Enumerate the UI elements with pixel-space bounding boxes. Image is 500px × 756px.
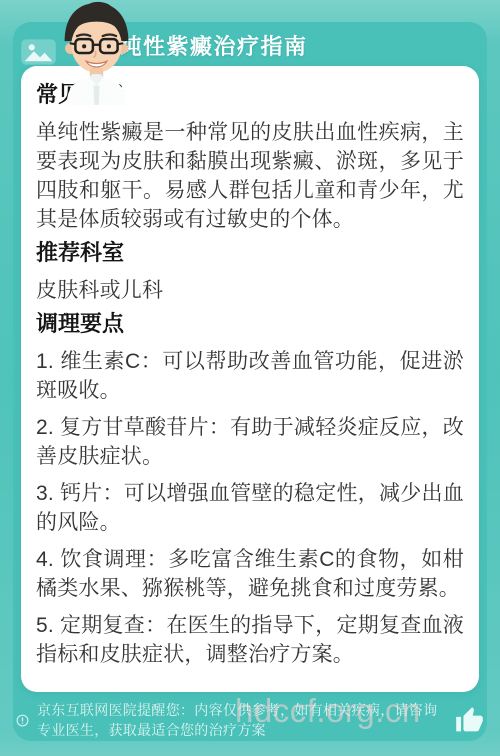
footer-disclaimer-bar: 京东互联网医院提醒您：内容仅供参考，如有相关疾病，请咨询专业医生，获取最适合您的… — [16, 700, 484, 740]
care-point-item-1: 1. 维生素C：可以帮助改善血管功能，促进淤斑吸收。 — [36, 347, 464, 405]
section-heading-department: 推荐科室 — [36, 242, 464, 264]
info-circle-icon — [16, 714, 29, 727]
section-heading-care-points: 调理要点 — [36, 313, 464, 335]
care-point-item-2: 2. 复方甘草酸苷片：有助于减轻炎症反应，改善皮肤症状。 — [36, 413, 464, 471]
care-point-item-5: 5. 定期复查：在医生的指导下，定期复查血液指标和皮肤症状，调整治疗方案。 — [36, 611, 464, 669]
doctor-avatar-icon — [45, 0, 148, 105]
department-paragraph: 皮肤科或儿科 — [36, 276, 464, 305]
content-card: 常见症状 单纯性紫癜是一种常见的皮肤出血性疾病，主要表现为皮肤和黏膜出现紫癜、淤… — [21, 66, 479, 692]
care-point-item-4: 4. 饮食调理：多吃富含维生素C的食物，如柑橘类水果、猕猴桃等，避免挑食和过度劳… — [36, 545, 464, 603]
symptoms-paragraph: 单纯性紫癜是一种常见的皮肤出血性疾病，主要表现为皮肤和黏膜出现紫癜、淤斑，多见于… — [36, 118, 464, 234]
disclaimer-text: 京东互联网医院提醒您：内容仅供参考，如有相关疾病，请咨询专业医生，获取最适合您的… — [37, 700, 445, 740]
thumbs-up-icon[interactable] — [455, 706, 484, 735]
care-point-item-3: 3. 钙片：可以增强血管壁的稳定性，减少出血的风险。 — [36, 479, 464, 537]
